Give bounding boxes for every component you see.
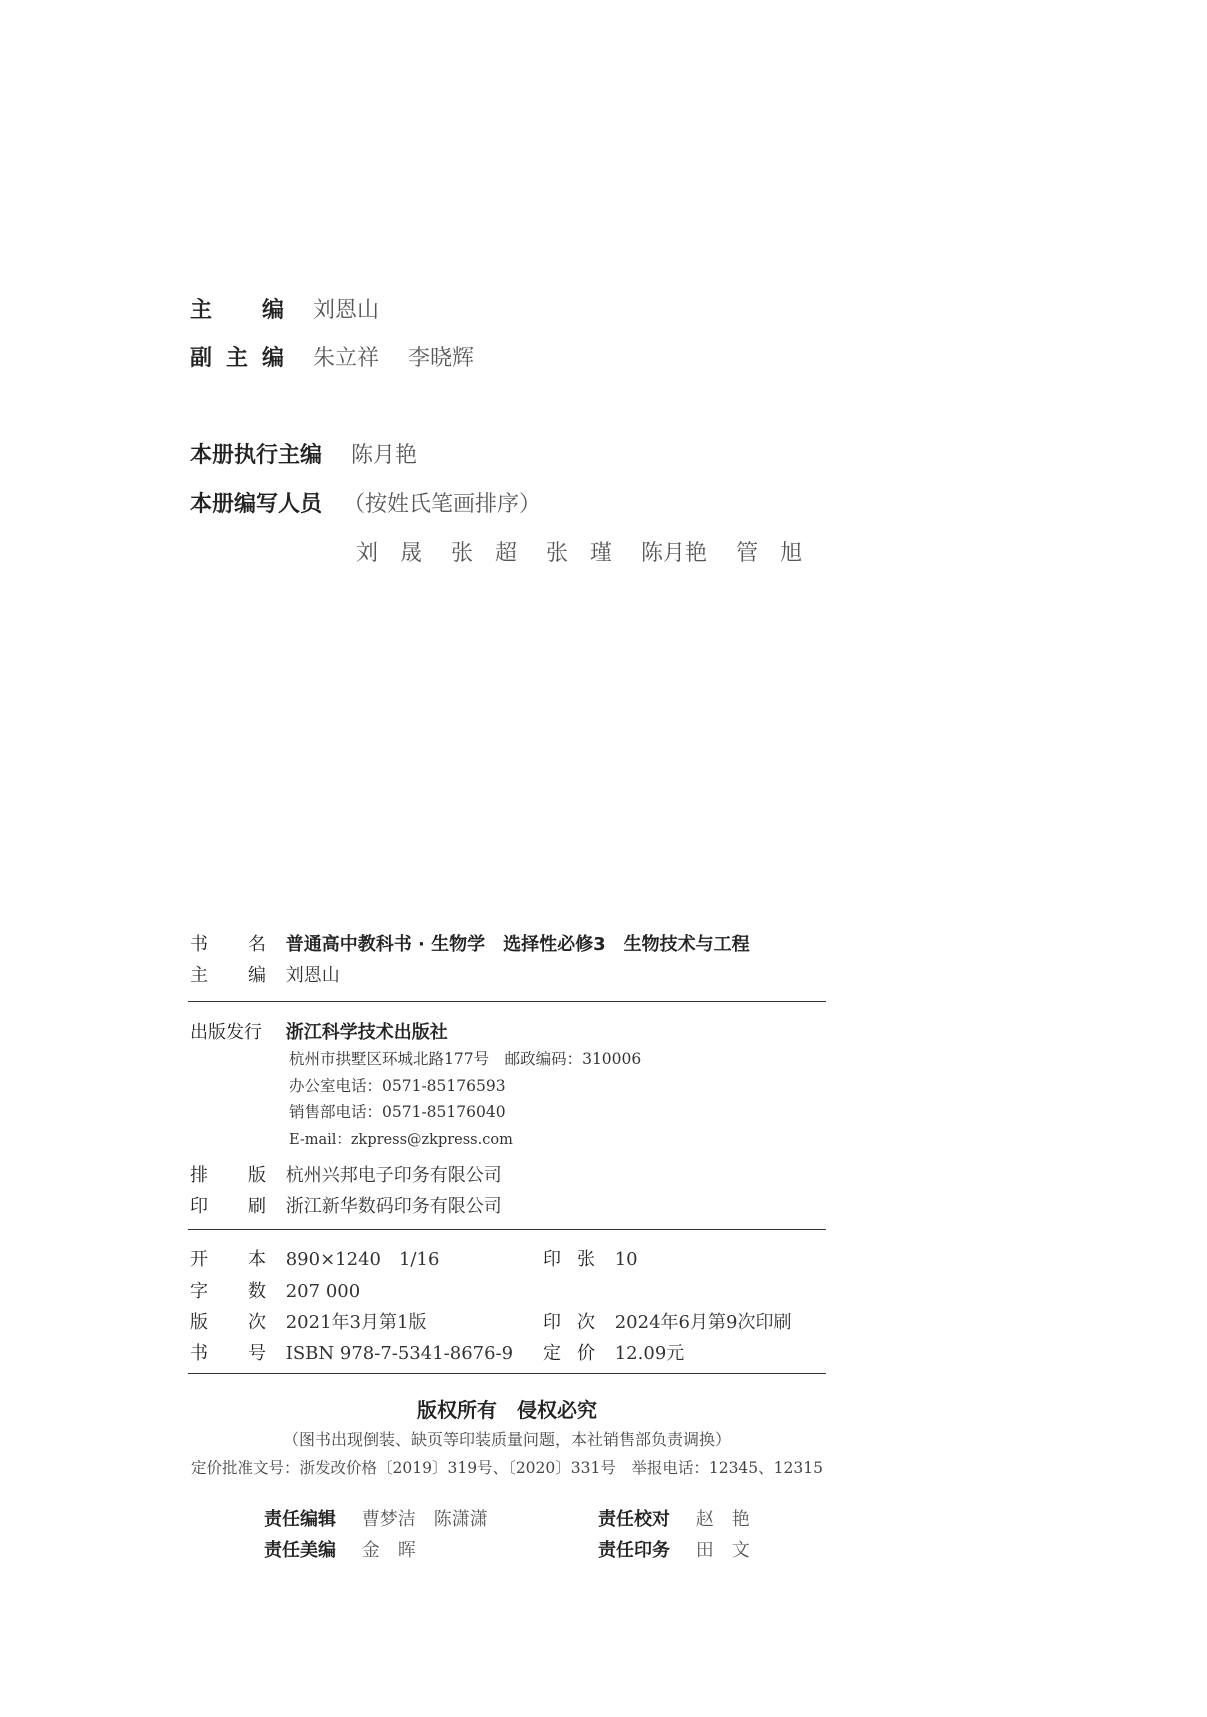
responsible-art-editor-label: 责任美编 xyxy=(264,1540,336,1561)
typesetting-label: 排版 xyxy=(190,1161,266,1187)
volume-writers-label: 本册编写人员 xyxy=(190,492,322,517)
isbn-label: 书号 xyxy=(190,1339,266,1365)
chief-editor-label: 主编 xyxy=(190,293,284,324)
responsible-art-editor-row: 责任美编 金 晖 xyxy=(264,1536,434,1562)
format-label: 开本 xyxy=(190,1245,266,1271)
price-value: 12.09元 xyxy=(615,1343,685,1364)
deputy-editor-label: 副主编 xyxy=(190,341,284,372)
responsible-proofreader-row: 责任校对 赵 艳 xyxy=(598,1505,768,1531)
publisher-row: 出版发行 浙江科学技术出版社 xyxy=(190,1018,448,1044)
copyright-notice: （图书出现倒装、缺页等印装质量问题，本社销售部负责调换） xyxy=(188,1427,826,1450)
impression-label: 印次 xyxy=(543,1308,595,1334)
printing-row: 印刷 浙江新华数码印务有限公司 xyxy=(190,1192,502,1218)
impression-value: 2024年6月第9次印刷 xyxy=(615,1312,792,1333)
publisher-address: 杭州市拱墅区环城北路177号 邮政编码：310006 xyxy=(289,1047,641,1069)
deputy-editor-name-1: 朱立祥 xyxy=(313,346,379,371)
responsible-printing-label: 责任印务 xyxy=(598,1540,670,1561)
responsible-printing-names: 田 文 xyxy=(696,1540,768,1561)
divider xyxy=(188,1373,826,1374)
copyright-title: 版权所有 侵权必究 xyxy=(188,1394,826,1423)
deputy-editor-name-2: 李晓辉 xyxy=(408,346,474,371)
format-value: 890×1240 1/16 xyxy=(286,1249,440,1270)
responsible-printing-row: 责任印务 田 文 xyxy=(598,1536,768,1562)
writer-name: 陈月艳 xyxy=(641,536,707,567)
chief-editor-name: 刘恩山 xyxy=(313,298,379,323)
word-count-label: 字数 xyxy=(190,1277,266,1303)
cip-editor-label: 主编 xyxy=(190,961,266,987)
publisher-office-phone: 办公室电话：0571-85176593 xyxy=(289,1074,506,1096)
volume-writers-row: 本册编写人员 （按姓氏笔画排序） xyxy=(190,487,541,518)
impression-row: 印次 2024年6月第9次印刷 xyxy=(543,1308,791,1334)
sheets-label: 印张 xyxy=(543,1245,595,1271)
responsible-editor-label: 责任编辑 xyxy=(264,1509,336,1530)
writer-name: 张 超 xyxy=(451,536,517,567)
volume-executive-editor-row: 本册执行主编 陈月艳 xyxy=(190,438,417,469)
responsible-proofreader-label: 责任校对 xyxy=(598,1509,670,1530)
word-count-value: 207 000 xyxy=(286,1281,360,1302)
responsible-proofreader-names: 赵 艳 xyxy=(696,1509,768,1530)
edition-value: 2021年3月第1版 xyxy=(286,1312,427,1333)
isbn-value: ISBN 978-7-5341-8676-9 xyxy=(286,1343,513,1364)
word-count-row: 字数 207 000 xyxy=(190,1277,360,1303)
writer-name: 管 旭 xyxy=(736,536,802,567)
sheets-value: 10 xyxy=(615,1249,638,1270)
publisher-label: 出版发行 xyxy=(190,1018,266,1044)
book-title-label: 书名 xyxy=(190,930,266,956)
writer-name: 刘 晟 xyxy=(356,536,422,567)
volume-executive-editor-label: 本册执行主编 xyxy=(190,443,322,468)
chief-editor-row: 主编 刘恩山 xyxy=(190,293,379,324)
book-title-value: 普通高中教科书 · 生物学 选择性必修3 生物技术与工程 xyxy=(286,934,750,955)
printing-value: 浙江新华数码印务有限公司 xyxy=(286,1196,502,1217)
deputy-editor-row: 副主编 朱立祥 李晓辉 xyxy=(190,341,474,372)
price-row: 定价 12.09元 xyxy=(543,1339,684,1365)
cip-editor-value: 刘恩山 xyxy=(286,965,340,986)
writer-name: 张 瑾 xyxy=(546,536,612,567)
edition-row: 版次 2021年3月第1版 xyxy=(190,1308,426,1334)
volume-writers-note: （按姓氏笔画排序） xyxy=(343,492,541,517)
book-title-row: 书名 普通高中教科书 · 生物学 选择性必修3 生物技术与工程 xyxy=(190,930,750,956)
publisher-email: E-mail：zkpress@zkpress.com xyxy=(289,1128,513,1149)
responsible-art-editor-names: 金 晖 xyxy=(362,1540,434,1561)
pricing-approval: 定价批准文号：浙发改价格〔2019〕319号、〔2020〕331号 举报电话：1… xyxy=(188,1456,826,1478)
printing-label: 印刷 xyxy=(190,1192,266,1218)
volume-executive-editor-name: 陈月艳 xyxy=(351,443,417,468)
isbn-row: 书号 ISBN 978-7-5341-8676-9 xyxy=(190,1339,513,1365)
sheets-row: 印张 10 xyxy=(543,1245,638,1271)
price-label: 定价 xyxy=(543,1339,595,1365)
edition-label: 版次 xyxy=(190,1308,266,1334)
volume-writers-names: 刘 晟 张 超 张 瑾 陈月艳 管 旭 xyxy=(356,536,824,567)
typesetting-value: 杭州兴邦电子印务有限公司 xyxy=(286,1165,502,1186)
divider xyxy=(188,1001,826,1002)
publisher-name: 浙江科学技术出版社 xyxy=(286,1022,448,1043)
responsible-editor-names: 曹梦洁陈潇潇 xyxy=(362,1509,506,1530)
cip-editor-row: 主编 刘恩山 xyxy=(190,961,340,987)
typesetting-row: 排版 杭州兴邦电子印务有限公司 xyxy=(190,1161,502,1187)
publisher-sales-phone: 销售部电话：0571-85176040 xyxy=(289,1100,506,1122)
responsible-editor-row: 责任编辑 曹梦洁陈潇潇 xyxy=(264,1505,506,1531)
format-row: 开本 890×1240 1/16 xyxy=(190,1245,439,1271)
divider xyxy=(188,1229,826,1230)
